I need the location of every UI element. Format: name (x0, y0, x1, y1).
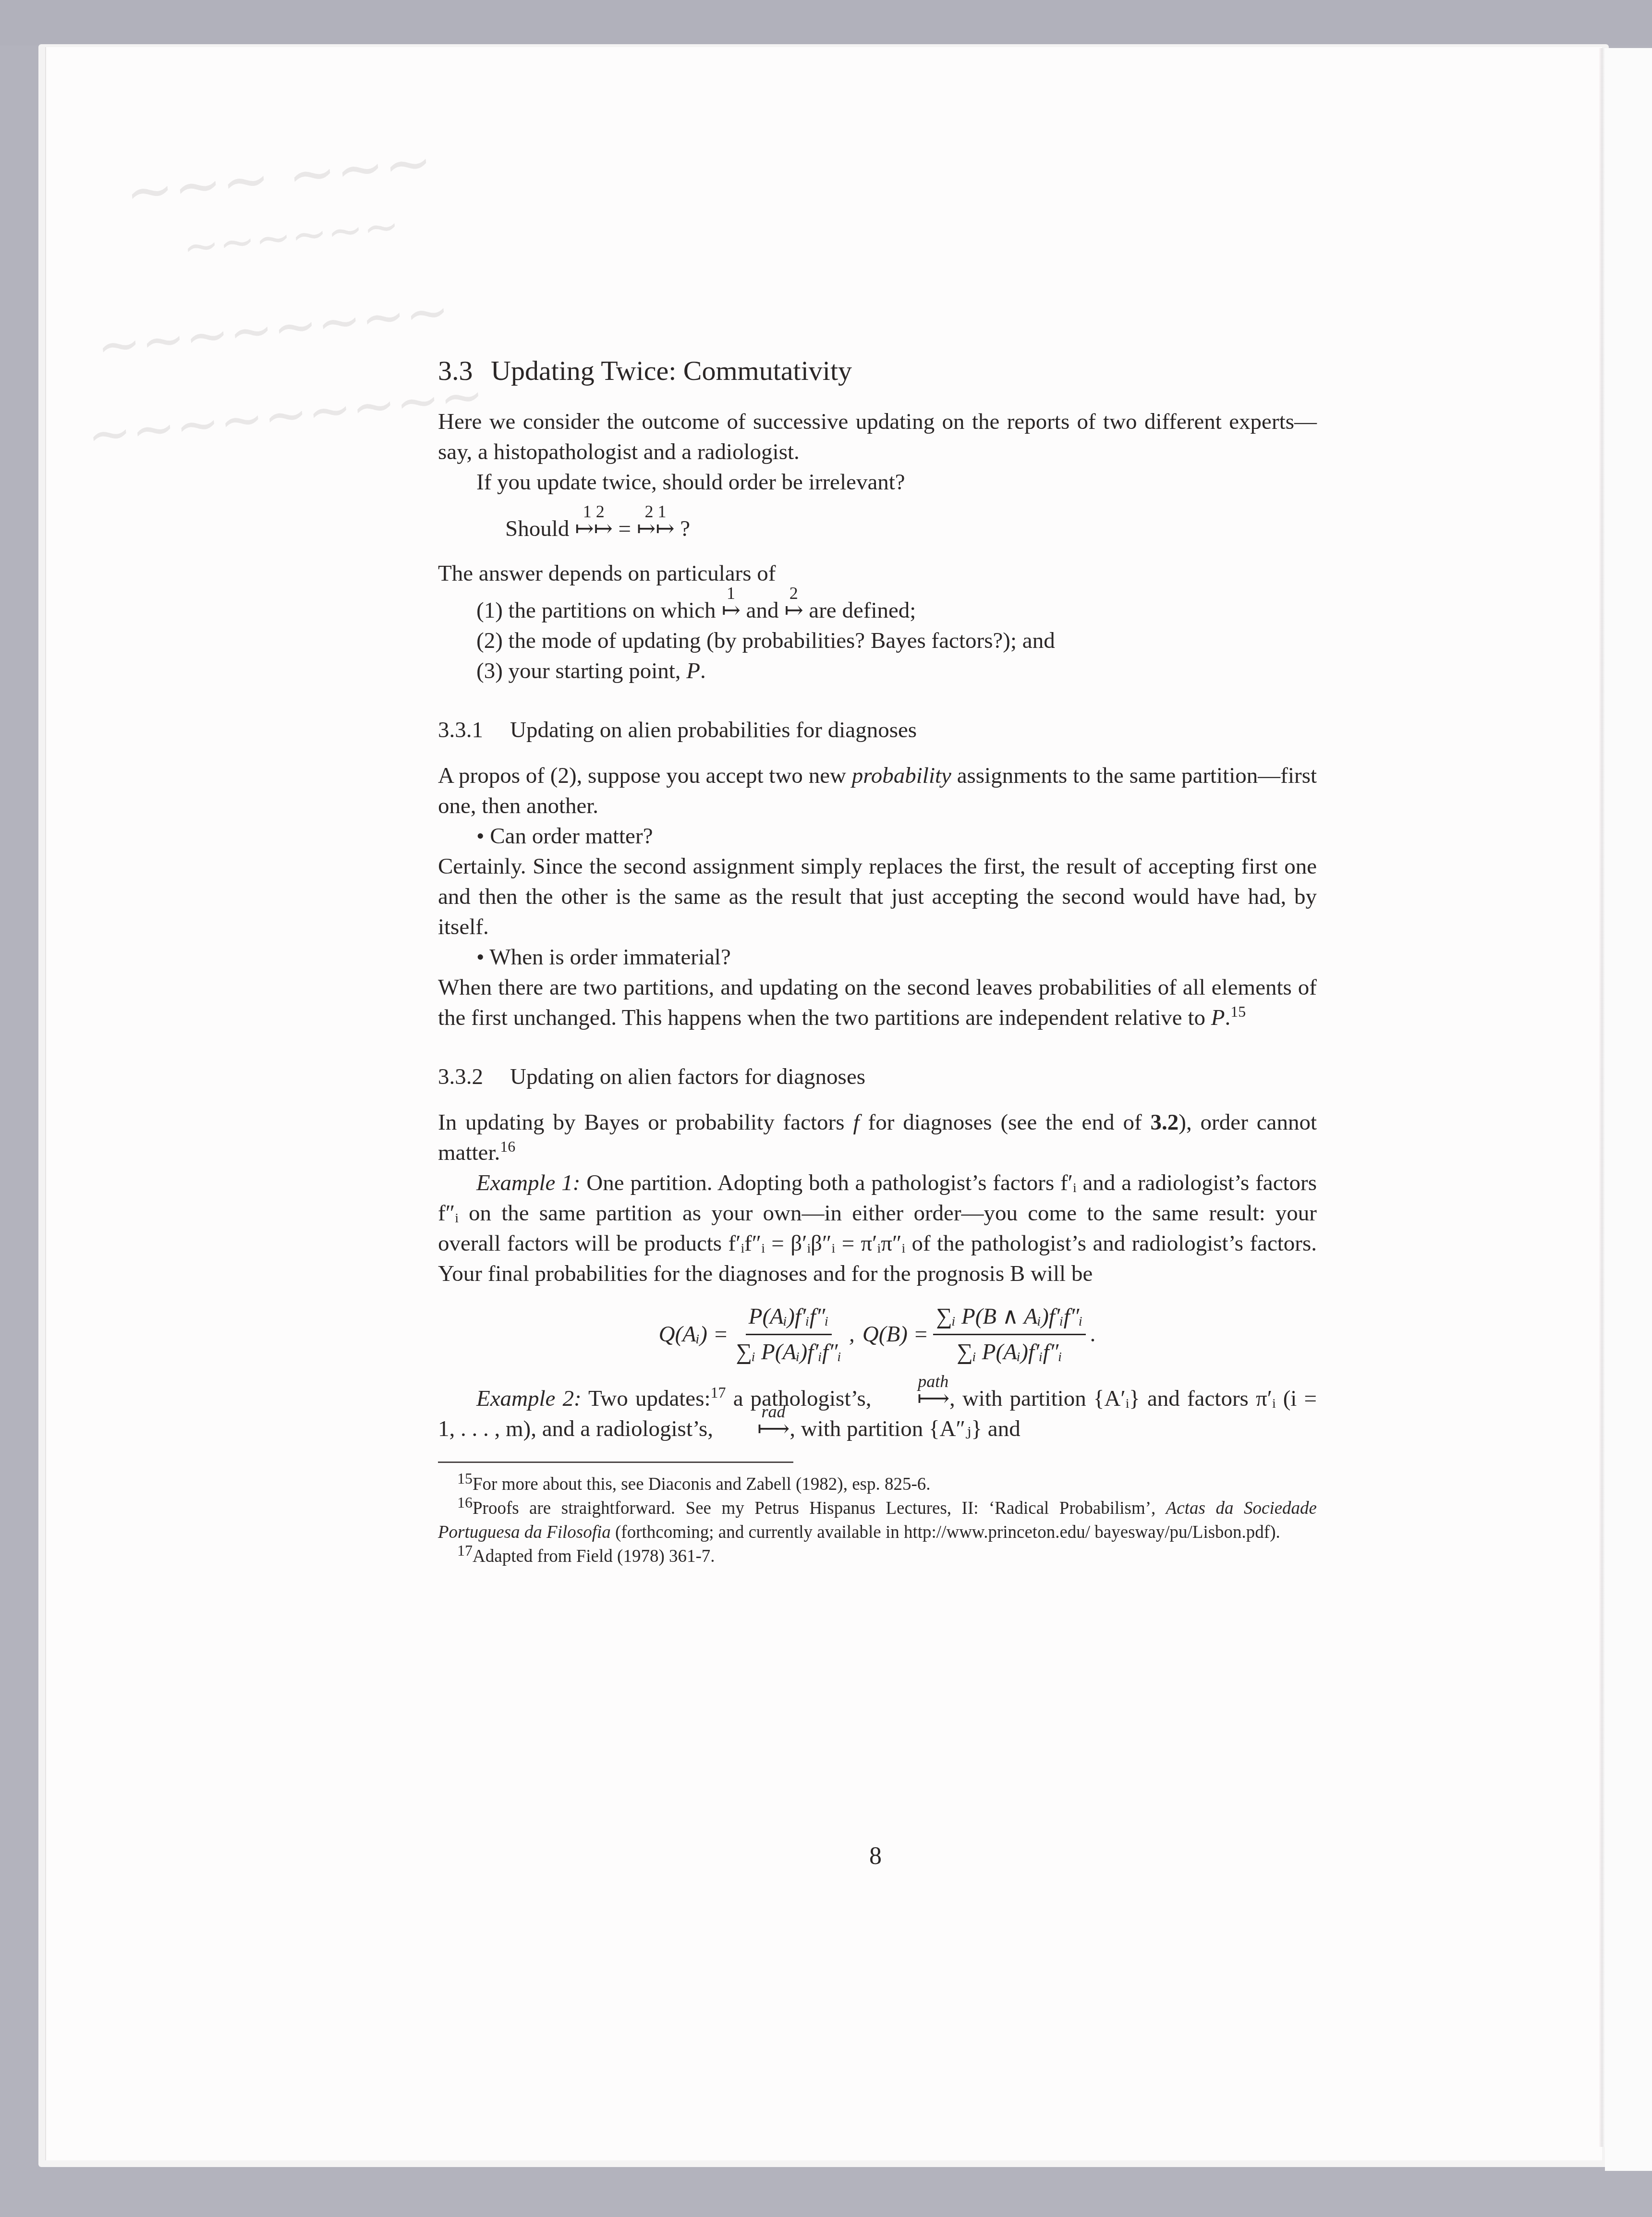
emphasis: probability (852, 763, 951, 788)
text: , with partition {A″ⱼ} and (790, 1416, 1020, 1441)
section-question: If you update twice, should order be irr… (438, 467, 1317, 498)
section-number: 3.3 (438, 355, 491, 386)
denominator: ∑ᵢ P(Aᵢ)f′ᵢf″ᵢ (733, 1335, 844, 1367)
comma: , (849, 1319, 855, 1350)
rad-arrow: rad⟼ (719, 1414, 790, 1444)
main-text: 3.3Updating Twice: Commutativity Here we… (438, 355, 1317, 1569)
display-question: Should 1 2 ↦↦ = 2 1 ↦↦ ? (505, 514, 1317, 544)
arrow-2: 2↦ (784, 596, 803, 626)
denominator: ∑ᵢ P(Aᵢ)f′ᵢf″ᵢ (954, 1335, 1065, 1367)
footnote-ref-15[interactable]: 15 (1230, 1003, 1246, 1020)
footnote-url-text[interactable]: (forthcoming; and currently available in… (615, 1523, 1280, 1542)
footnote-number: 15 (457, 1470, 473, 1487)
list-text: (1) the partitions on which (476, 598, 716, 623)
math-symbol: P (686, 658, 700, 683)
section-ref-link[interactable]: 3.2 (1151, 1110, 1179, 1135)
text: In updating by Bayes or probability fact… (438, 1110, 845, 1135)
page-number: 8 (869, 1842, 882, 1870)
text: A propos of (2), suppose you accept two … (438, 763, 846, 788)
subsection-title: Updating on alien factors for diagnoses (510, 1064, 865, 1089)
subsection-number: 3.3.2 (438, 1062, 510, 1092)
footnote-16: 16Proofs are straightforward. See my Pet… (438, 1497, 1317, 1545)
question-mark: ? (680, 516, 690, 541)
arrow-label: 1 (721, 578, 740, 609)
list-item: (2) the mode of updating (by probabiliti… (438, 626, 1317, 656)
section-heading: 3.3Updating Twice: Commutativity (438, 355, 1317, 386)
bullet-item: • When is order immaterial? (438, 942, 1317, 973)
arrow-1: 1↦ (721, 596, 740, 626)
adjacent-page-edge (1605, 48, 1652, 2171)
math-symbol: f (853, 1110, 859, 1135)
footnote-text: Adapted from Field (1978) 361-7. (473, 1547, 715, 1566)
punctuation: . (700, 658, 706, 683)
list-text: and (746, 598, 779, 623)
footnote-15: 15For more about this, see Diaconis and … (438, 1473, 1317, 1497)
fraction: ∑ᵢ P(B ∧ Aᵢ)f′ᵢf″ᵢ ∑ᵢ P(Aᵢ)f′ᵢf″ᵢ (933, 1302, 1085, 1367)
arrow-label: path (879, 1366, 949, 1397)
footnote-text: Proofs are straightforward. See my Petru… (473, 1498, 1155, 1518)
composed-arrows-21: 2 1 ↦↦ (637, 514, 675, 544)
example-label: Example 1: (476, 1170, 580, 1195)
path-arrow: path⟼ (879, 1384, 949, 1414)
subsection-title: Updating on alien probabilities for diag… (510, 718, 917, 743)
text: When there are two partitions, and updat… (438, 975, 1317, 1030)
list-text: are defined; (809, 598, 916, 623)
numerator: ∑ᵢ P(B ∧ Aᵢ)f′ᵢf″ᵢ (933, 1302, 1085, 1335)
subsection-number: 3.3.1 (438, 715, 510, 745)
scanner-background (0, 0, 1652, 46)
spine-fold (1599, 48, 1605, 2147)
list-item: (3) your starting point, P. (438, 656, 1317, 686)
footnotes: 15For more about this, see Diaconis and … (438, 1473, 1317, 1569)
footnote-ref-16[interactable]: 16 (500, 1138, 515, 1155)
paragraph: Certainly. Since the second assignment s… (438, 852, 1317, 942)
display-prefix: Should (505, 516, 569, 541)
answer-lead: The answer depends on particulars of (438, 559, 1317, 589)
paragraph: A propos of (2), suppose you accept two … (438, 761, 1317, 821)
equals-sign: = (618, 516, 631, 541)
equation-lhs: Q(Aᵢ) = (659, 1319, 729, 1350)
numerator: P(Aᵢ)f′ᵢf″ᵢ (746, 1302, 832, 1335)
example-1: Example 1: One partition. Adopting both … (438, 1168, 1317, 1289)
list-item: (1) the partitions on which 1↦ and 2↦ ar… (438, 596, 1317, 626)
footnote-divider (438, 1462, 793, 1463)
section-intro: Here we consider the outcome of successi… (438, 407, 1317, 467)
arrow-label: 2 (784, 578, 803, 609)
composed-arrows-12: 1 2 ↦↦ (575, 514, 613, 544)
section-title: Updating Twice: Commutativity (491, 355, 852, 386)
arrow-labels: 2 1 (637, 497, 675, 527)
period: . (1091, 1319, 1096, 1350)
subsection-heading: 3.3.1Updating on alien probabilities for… (438, 715, 1317, 745)
text: Two updates: (588, 1386, 711, 1411)
text: for diagnoses (see the end of (868, 1110, 1142, 1135)
footnote-text: For more about this, see Diaconis and Za… (473, 1474, 931, 1494)
display-equation: Q(Aᵢ) = P(Aᵢ)f′ᵢf″ᵢ ∑ᵢ P(Aᵢ)f′ᵢf″ᵢ , Q(B… (438, 1302, 1317, 1367)
example-2: Example 2: Two updates:17 a pathologist’… (438, 1384, 1317, 1444)
math-symbol: P (1211, 1005, 1225, 1030)
fraction: P(Aᵢ)f′ᵢf″ᵢ ∑ᵢ P(Aᵢ)f′ᵢf″ᵢ (733, 1302, 844, 1367)
bullet-item: • Can order matter? (438, 821, 1317, 852)
arrow-labels: 1 2 (575, 497, 613, 527)
footnote-number: 16 (457, 1494, 473, 1511)
paragraph: When there are two partitions, and updat… (438, 973, 1317, 1033)
equation-lhs: Q(B) = (862, 1319, 928, 1350)
example-label: Example 2: (476, 1386, 582, 1411)
subsection-heading: 3.3.2Updating on alien factors for diagn… (438, 1062, 1317, 1092)
arrow-label: rad (719, 1397, 790, 1427)
paragraph: In updating by Bayes or probability fact… (438, 1108, 1317, 1168)
footnote-17: 17Adapted from Field (1978) 361-7. (438, 1545, 1317, 1569)
list-text: (3) your starting point, (476, 658, 681, 683)
footnote-number: 17 (457, 1542, 473, 1559)
